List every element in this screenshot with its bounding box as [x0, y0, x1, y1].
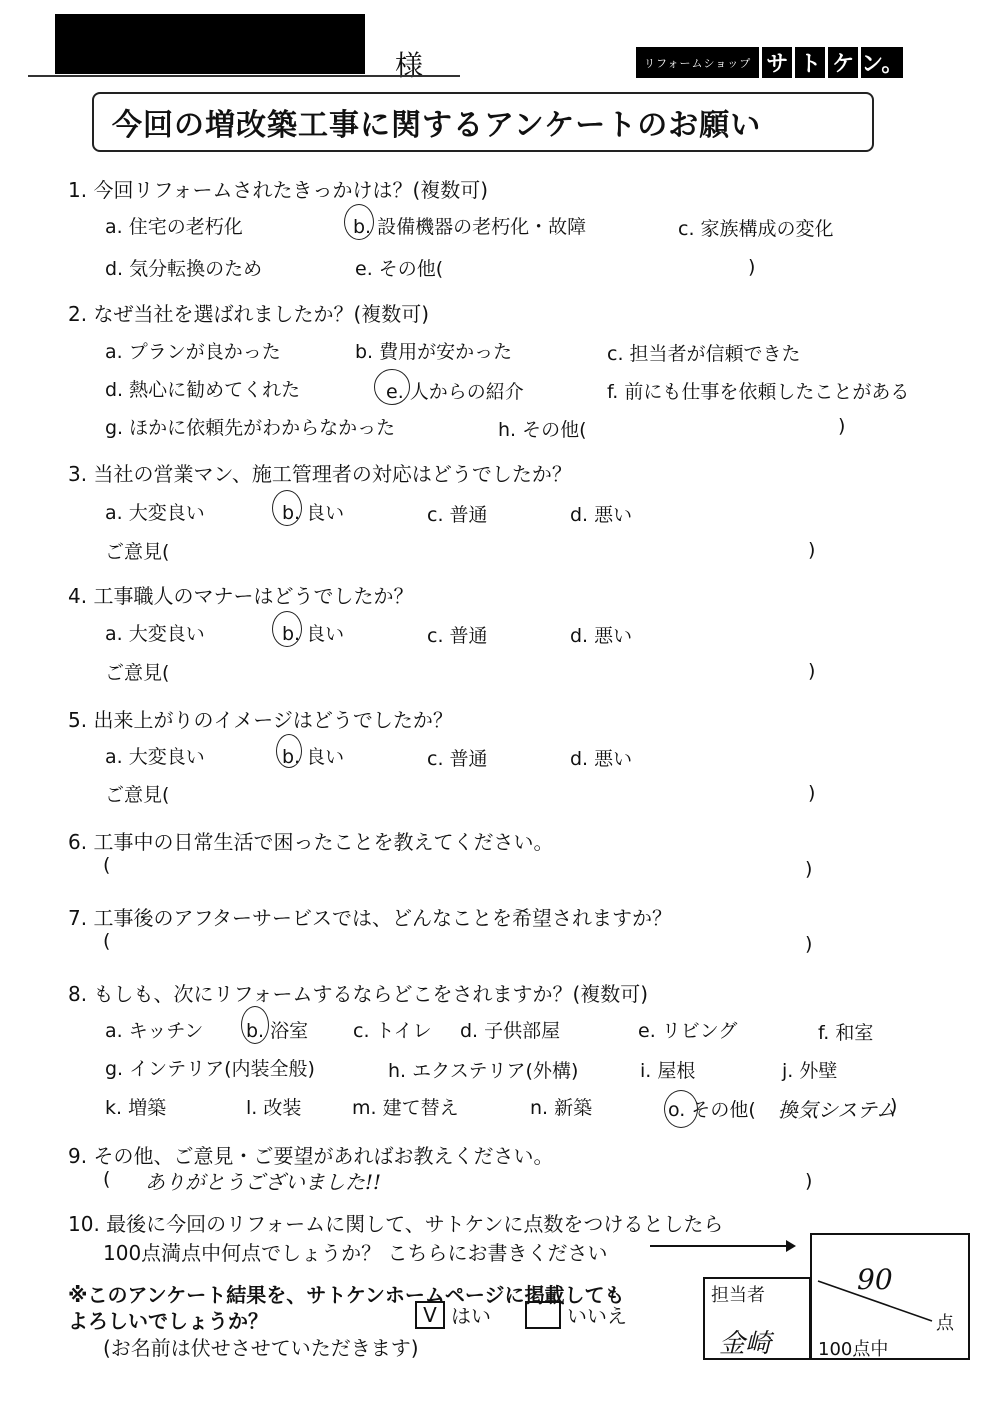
q3-comment-field[interactable] — [180, 537, 800, 561]
question-2: 2. なぜ当社を選ばれましたか？(複数可) — [68, 298, 429, 327]
q1-option-d[interactable]: d. 気分転換のため — [105, 254, 262, 281]
question-8: 8. もしも、次にリフォームするならどこをされますか？(複数可) — [68, 978, 648, 1007]
q8-option-i[interactable]: i. 屋根 — [640, 1056, 695, 1083]
staff-label: 担当者 — [711, 1281, 765, 1307]
logo-char: サ — [762, 47, 792, 78]
question-3: 3. 当社の営業マン、施工管理者の対応はどうでしたか？ — [68, 458, 572, 487]
selection-circle — [272, 490, 302, 526]
q8-option-d[interactable]: d. 子供部屋 — [460, 1016, 560, 1043]
q2-option-c[interactable]: c. 担当者が信頼できた — [607, 339, 801, 366]
score-out-of: 100点中 — [818, 1335, 888, 1361]
yes-label: はい — [451, 1300, 491, 1329]
logo-char: ケ — [828, 47, 858, 78]
survey-title: 今回の増改築工事に関するアンケートのお願い — [92, 92, 874, 152]
paren-open: ( — [103, 1168, 110, 1190]
q2-option-a[interactable]: a. プランが良かった — [105, 337, 281, 364]
q4-option-d[interactable]: d. 悪い — [570, 621, 632, 648]
q5-option-d[interactable]: d. 悪い — [570, 744, 632, 771]
publish-note: (お名前は伏せさせていただきます) — [103, 1332, 419, 1361]
selection-circle — [272, 611, 302, 647]
q4-option-c[interactable]: c. 普通 — [427, 621, 488, 648]
q2-option-h[interactable]: h. その他( — [498, 415, 587, 442]
q5-comment-label: ご意見( — [105, 780, 169, 807]
q2-option-f[interactable]: f. 前にも仕事を依頼したことがある — [607, 377, 909, 404]
q3-option-d[interactable]: d. 悪い — [570, 500, 632, 527]
q8-option-m[interactable]: m. 建て替え — [352, 1093, 459, 1120]
q2-option-b[interactable]: b. 費用が安かった — [355, 337, 512, 364]
company-logo: リフォームショップ サ ト ケ ン。 — [636, 47, 903, 78]
paren-close: ) — [808, 539, 815, 561]
paren-close: ) — [805, 1170, 812, 1192]
q8-option-c[interactable]: c. トイレ — [353, 1016, 432, 1043]
paren-open: ( — [103, 854, 110, 876]
q8-other-answer[interactable]: 換気システム — [778, 1094, 896, 1123]
question-5: 5. 出来上がりのイメージはどうでしたか？ — [68, 704, 453, 733]
q8-option-e[interactable]: e. リビング — [638, 1016, 737, 1043]
paren-open: ( — [103, 930, 110, 952]
paren-close: ) — [748, 256, 755, 278]
question-6: 6. 工事中の日常生活で困ったことを教えてください。 — [68, 826, 553, 855]
score-unit: 点 — [936, 1309, 954, 1335]
q8-option-g[interactable]: g. インテリア(内装全般) — [105, 1054, 315, 1081]
question-1: 1. 今回リフォームされたきっかけは？(複数可) — [68, 174, 488, 203]
q4-option-a[interactable]: a. 大変良い — [105, 619, 205, 646]
q5-option-c[interactable]: c. 普通 — [427, 744, 488, 771]
selection-circle — [344, 204, 374, 240]
redacted-customer-name — [55, 14, 365, 74]
q7-answer-field[interactable] — [115, 930, 800, 954]
paren-close: ) — [808, 782, 815, 804]
q3-comment-label: ご意見( — [105, 537, 169, 564]
yes-checkbox[interactable]: V — [415, 1301, 445, 1329]
q8-option-l[interactable]: l. 改装 — [246, 1093, 301, 1120]
paren-close: ) — [805, 933, 812, 955]
paren-close: ) — [808, 660, 815, 682]
q6-answer-field[interactable] — [115, 854, 800, 878]
question-10: 10. 最後に今回のリフォームに関して、サトケンに点数をつけるとしたら — [68, 1208, 723, 1237]
logo-subtitle: リフォームショップ — [636, 47, 759, 78]
selection-circle — [241, 1006, 269, 1044]
q4-comment-label: ご意見( — [105, 658, 169, 685]
q4-comment-field[interactable] — [180, 658, 800, 682]
honorific: 様 — [395, 44, 423, 84]
staff-box: 担当者 金崎 — [703, 1277, 811, 1360]
q2-option-d[interactable]: d. 熱心に勧めてくれた — [105, 375, 300, 402]
q1-option-b[interactable]: b. 設備機器の老朽化・故障 — [353, 212, 586, 239]
question-9: 9. その他、ご意見・ご要望があればお教えください。 — [68, 1140, 553, 1169]
yes-option[interactable]: V はい — [415, 1300, 491, 1329]
arrow-right-icon — [650, 1245, 790, 1247]
q8-option-h[interactable]: h. エクステリア(外構) — [388, 1056, 578, 1083]
logo-char: ト — [795, 47, 825, 78]
paren-close: ) — [805, 858, 812, 880]
question-4: 4. 工事職人のマナーはどうでしたか？ — [68, 580, 413, 609]
q8-option-k[interactable]: k. 増築 — [105, 1093, 166, 1120]
q2-option-g[interactable]: g. ほかに依頼先がわからなかった — [105, 413, 395, 440]
q8-option-a[interactable]: a. キッチン — [105, 1016, 203, 1043]
no-label: いいえ — [567, 1300, 627, 1329]
q8-option-j[interactable]: j. 外壁 — [782, 1056, 837, 1083]
selection-circle — [276, 734, 302, 768]
no-checkbox[interactable] — [525, 1301, 561, 1329]
paren-close: ) — [890, 1095, 897, 1117]
q8-option-n[interactable]: n. 新築 — [530, 1093, 592, 1120]
no-option[interactable]: いいえ — [525, 1300, 627, 1329]
q5-option-a[interactable]: a. 大変良い — [105, 742, 205, 769]
q1-option-e[interactable]: e. その他( — [355, 254, 443, 281]
staff-signature: 金崎 — [719, 1323, 771, 1360]
score-box: 90 点 100点中 — [810, 1233, 970, 1360]
name-underline — [28, 75, 460, 77]
question-7: 7. 工事後のアフターサービスでは、どんなことを希望されますか？ — [68, 902, 672, 931]
q1-option-c[interactable]: c. 家族構成の変化 — [678, 214, 834, 241]
question-10-line2: 100点満点中何点でしょうか？ こちらにお書きください — [103, 1237, 608, 1266]
q3-option-a[interactable]: a. 大変良い — [105, 498, 205, 525]
selection-circle — [664, 1090, 698, 1128]
selection-circle — [374, 369, 410, 405]
q3-option-c[interactable]: c. 普通 — [427, 500, 488, 527]
q5-comment-field[interactable] — [180, 780, 800, 804]
logo-char: ン。 — [861, 47, 903, 78]
paren-close: ) — [838, 415, 845, 437]
publish-consent-question-2: よろしいでしょうか？ — [68, 1305, 268, 1334]
q1-option-a[interactable]: a. 住宅の老朽化 — [105, 212, 243, 239]
q8-option-f[interactable]: f. 和室 — [818, 1018, 873, 1045]
q9-answer[interactable]: ありがとうございました!! — [145, 1166, 381, 1195]
